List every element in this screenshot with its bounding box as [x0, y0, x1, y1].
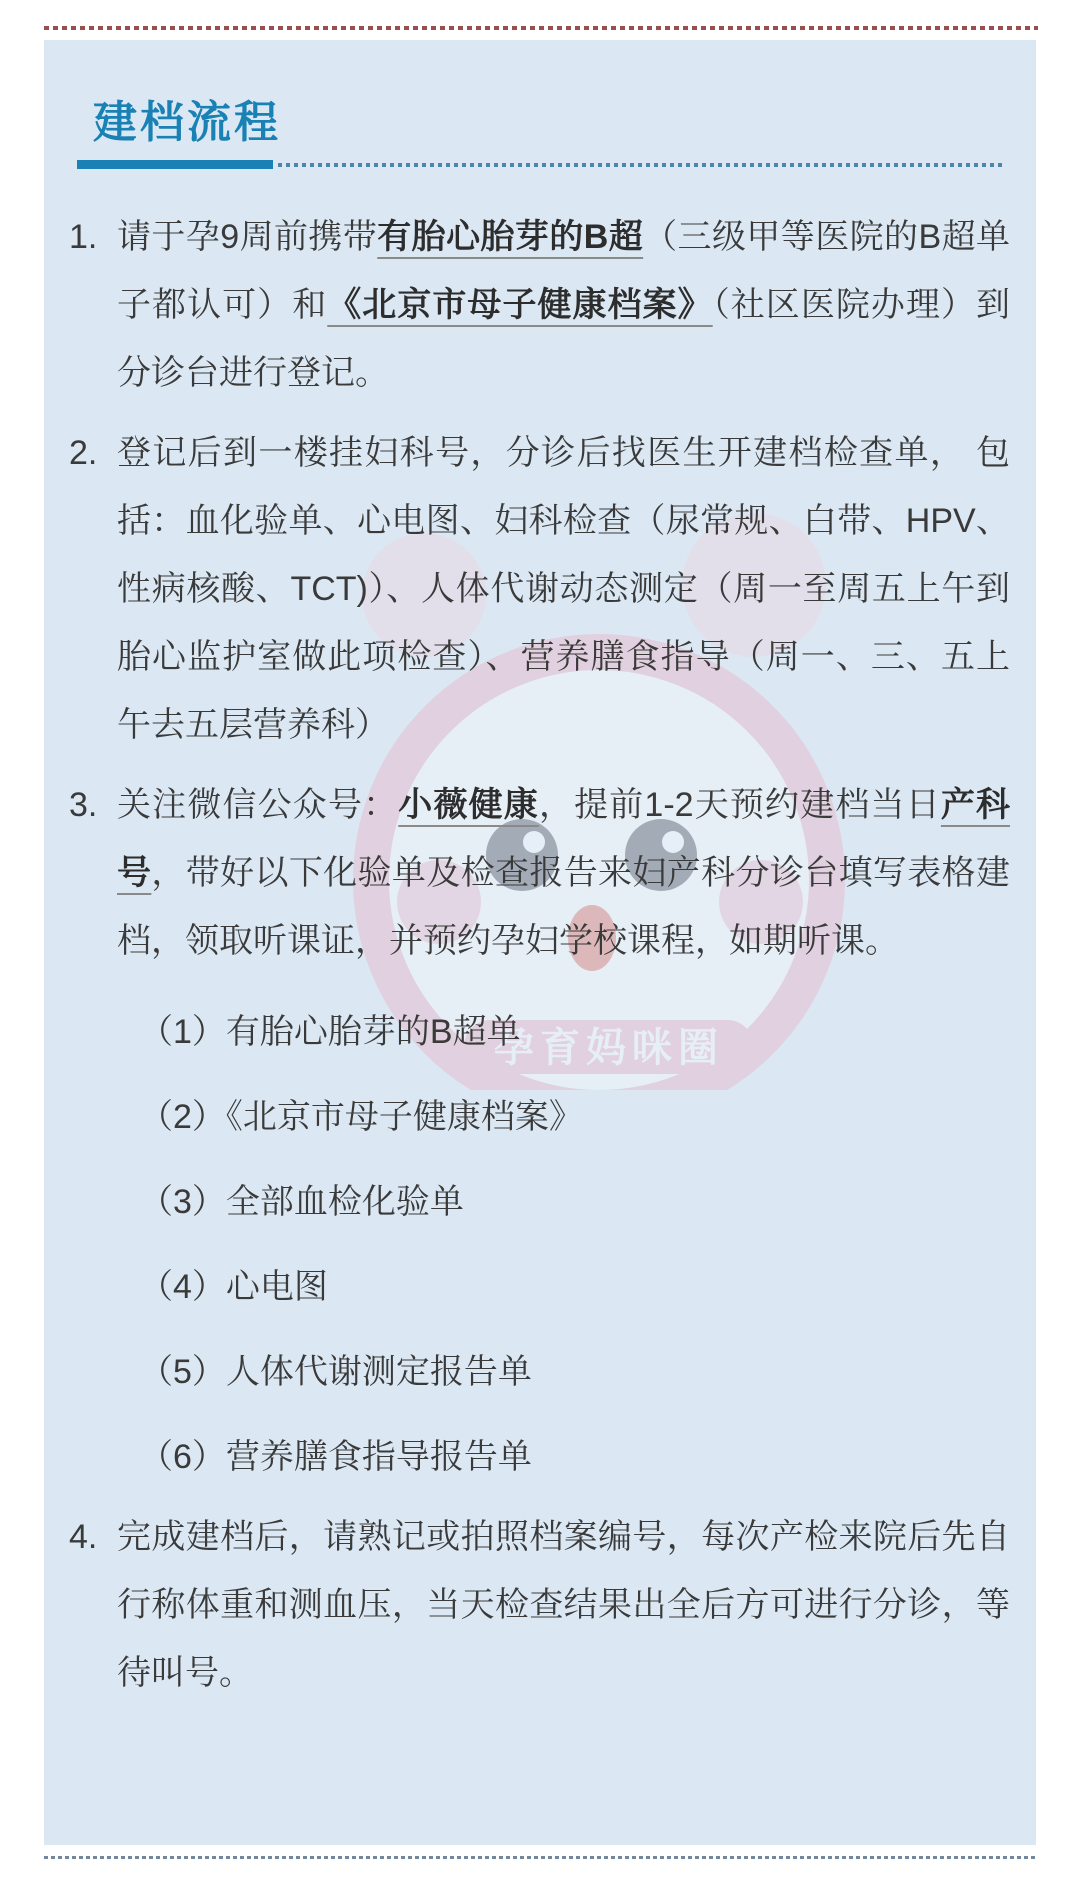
item-text: 请于孕9周前携带有胎心胎芽的B超（三级甲等医院的B超单子都认可）和《北京市母子健…	[117, 203, 1010, 407]
item-text-column: 请于孕9周前携带有胎心胎芽的B超（三级甲等医院的B超单子都认可）和《北京市母子健…	[117, 203, 1010, 407]
bottom-divider	[44, 1856, 1038, 1859]
item-number: 2.	[69, 419, 117, 759]
highlighted-phrase: 有胎心胎芽的B超	[377, 218, 643, 256]
sub-list-item-2: （2）《北京市母子健康档案》	[139, 1083, 1010, 1151]
list-item-1: 1. 请于孕9周前携带有胎心胎芽的B超（三级甲等医院的B超单子都认可）和《北京市…	[69, 203, 1010, 407]
item-text-column: 完成建档后，请熟记或拍照档案编号，每次产检来院后先自行称体重和测血压，当天检查结…	[117, 1503, 1010, 1707]
numbered-list: 1. 请于孕9周前携带有胎心胎芽的B超（三级甲等医院的B超单子都认可）和《北京市…	[69, 203, 1010, 1707]
item-number: 3.	[69, 771, 117, 1491]
text-run: ，带好以下化验单及检查报告来妇产科分诊台填写表格建档，领取听课证，并预约孕妇学校…	[117, 854, 1010, 960]
item-text-column: 登记后到一楼挂妇科号，分诊后找医生开建档检查单， 包括：血化验单、心电图、妇科检…	[117, 419, 1010, 759]
item-number: 1.	[69, 203, 117, 407]
text-run: 关注微信公众号：	[117, 786, 398, 824]
highlighted-phrase: 小薇健康	[398, 786, 539, 824]
sub-list-item-4: （4）心电图	[139, 1253, 1010, 1321]
section-title: 建档流程	[93, 86, 1002, 150]
text-run: ，提前1-2天预约建档当日	[539, 786, 941, 824]
list-item-2: 2. 登记后到一楼挂妇科号，分诊后找医生开建档检查单， 包括：血化验单、心电图、…	[69, 419, 1010, 759]
highlighted-phrase: 《北京市母子健康档案》	[327, 286, 712, 324]
list-item-3: 3. 关注微信公众号：小薇健康，提前1-2天预约建档当日产科号，带好以下化验单及…	[69, 771, 1010, 1491]
text-run: 完成建档后，请熟记或拍照档案编号，每次产检来院后先自行称体重和测血压，当天检查结…	[117, 1518, 1010, 1692]
content-card: 孕育妈咪圈 建档流程 1. 请于孕9周前携带有胎心胎芽的B超（三级甲等医院的B超…	[44, 40, 1036, 1845]
text-run: 登记后到一楼挂妇科号，分诊后找医生开建档检查单， 包括：血化验单、心电图、妇科检…	[117, 434, 1010, 744]
item-text: 关注微信公众号：小薇健康，提前1-2天预约建档当日产科号，带好以下化验单及检查报…	[117, 771, 1010, 975]
item-number: 4.	[69, 1503, 117, 1707]
sub-list-item-3: （3）全部血检化验单	[139, 1168, 1010, 1236]
sub-list-item-6: （6）营养膳食指导报告单	[139, 1423, 1010, 1491]
list-item-4: 4. 完成建档后，请熟记或拍照档案编号，每次产检来院后先自行称体重和测血压，当天…	[69, 1503, 1010, 1707]
item-text-column: 关注微信公众号：小薇健康，提前1-2天预约建档当日产科号，带好以下化验单及检查报…	[117, 771, 1010, 1491]
title-underline	[77, 160, 1002, 169]
title-underline-bar	[77, 160, 273, 169]
title-underline-dots	[278, 163, 1002, 167]
sub-list-item-1: （1）有胎心胎芽的B超单	[139, 998, 1010, 1066]
text-run: 请于孕9周前携带	[117, 218, 377, 256]
sub-list-item-5: （5）人体代谢测定报告单	[139, 1338, 1010, 1406]
item-text: 登记后到一楼挂妇科号，分诊后找医生开建档检查单， 包括：血化验单、心电图、妇科检…	[117, 419, 1010, 759]
item-text: 完成建档后，请熟记或拍照档案编号，每次产检来院后先自行称体重和测血压，当天检查结…	[117, 1503, 1010, 1707]
sub-list: （1）有胎心胎芽的B超单 （2）《北京市母子健康档案》 （3）全部血检化验单 （…	[117, 998, 1010, 1491]
top-divider	[44, 26, 1038, 30]
section-title-block: 建档流程	[77, 86, 1002, 169]
